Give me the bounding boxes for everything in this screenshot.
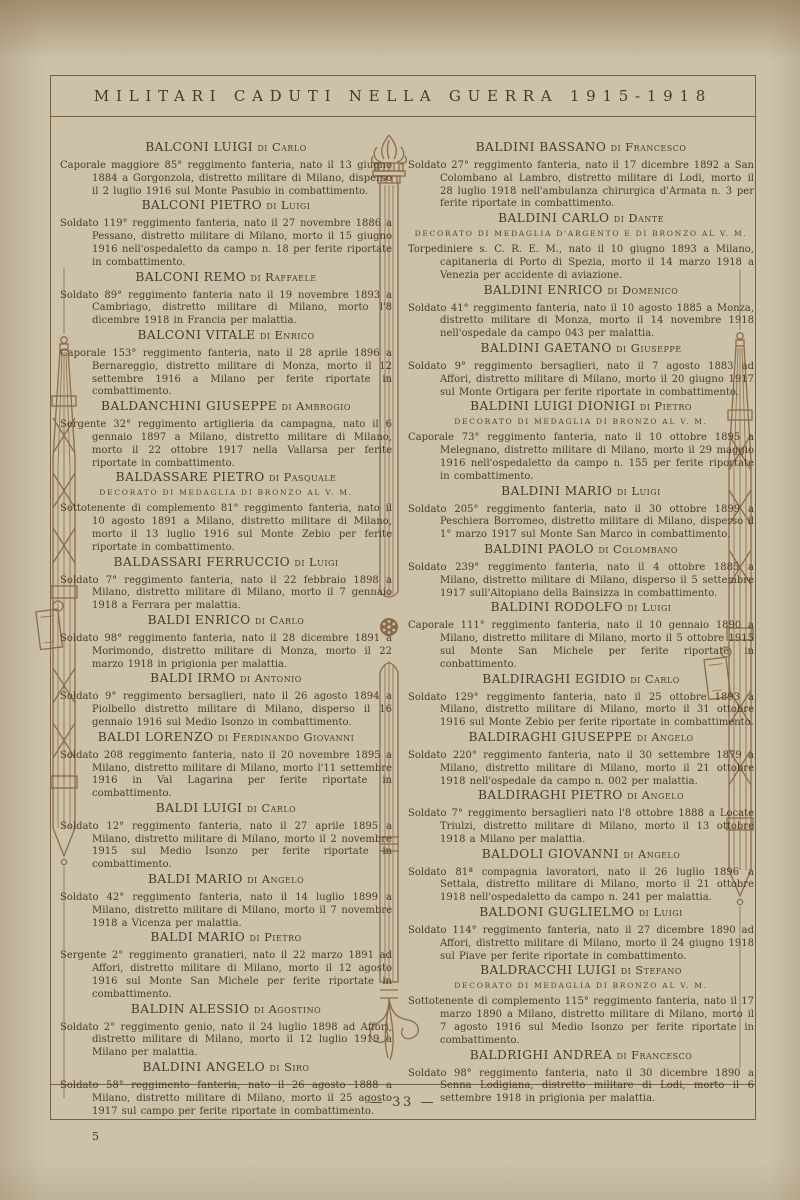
soldier-entry: BALCONI VITALE di Enrico Caporale 153° r…	[60, 328, 392, 399]
soldier-entry: BALDI MARIO di Pietro Sergente 2° reggim…	[60, 930, 392, 1001]
soldier-patronymic: di Dante	[614, 211, 664, 225]
soldier-name: BALDIRAGHI EGIDIO di Carlo	[408, 672, 754, 686]
soldier-surname-firstname: BALDRACCHI LUIGI	[480, 963, 616, 977]
column-left: BALCONI LUIGI di Carlo Caporale maggiore…	[60, 140, 392, 1078]
soldier-name: BALDI ENRICO di Carlo	[60, 613, 392, 627]
soldier-entry: BALDIRAGHI EGIDIO di Carlo Soldato 129° …	[408, 672, 754, 730]
soldier-surname-firstname: BALDOLI GIOVANNI	[482, 847, 619, 861]
scan-shadow-right	[770, 0, 800, 1200]
soldier-entry: BALDIRAGHI PIETRO di Angelo Soldato 7° r…	[408, 788, 754, 846]
soldier-record: Soldato 58° reggimento fanteria, nato il…	[60, 1080, 392, 1118]
soldier-name: BALDIN ALESSIO di Agostino	[60, 1002, 392, 1016]
soldier-record: Soldato 239° reggimento fanteria, nato i…	[408, 562, 754, 600]
soldier-entry: BALDRIGHI ANDREA di Francesco Soldato 98…	[408, 1048, 754, 1106]
soldier-entry: BALDINI ENRICO di Domenico Soldato 41° r…	[408, 283, 754, 341]
soldier-entry: BALDINI BASSANO di Francesco Soldato 27°…	[408, 140, 754, 211]
soldier-name: BALDINI RODOLFO di Luigi	[408, 600, 754, 614]
soldier-name: BALDINI CARLO di Dante	[408, 211, 754, 225]
soldier-patronymic: di Pietro	[250, 930, 302, 944]
soldier-name: BALDIRAGHI GIUSEPPE di Angelo	[408, 730, 754, 744]
soldier-record: Soldato 27° reggimento fanteria, nato il…	[408, 160, 754, 211]
soldier-record: Soldato 9° reggimento bersaglieri, nato …	[408, 361, 754, 399]
soldier-record: Soldato 98° reggimento fanteria, nato il…	[408, 1068, 754, 1106]
soldier-patronymic: di Antonio	[240, 671, 302, 685]
soldier-record: Soldato 220° reggimento fanteria, nato i…	[408, 750, 754, 788]
soldier-record: Caporale 153° reggimento fanteria, nato …	[60, 348, 392, 399]
soldier-record: Caporale 111° reggimento fanteria, nato …	[408, 620, 754, 671]
soldier-entry: BALDINI PAOLO di Colombano Soldato 239° …	[408, 542, 754, 600]
soldier-name: BALDI IRMO di Antonio	[60, 671, 392, 685]
soldier-entry: BALDI ENRICO di Carlo Soldato 98° reggim…	[60, 613, 392, 671]
soldier-name: BALDINI MARIO di Luigi	[408, 484, 754, 498]
soldier-name: BALDINI ANGELO di Siro	[60, 1060, 392, 1074]
soldier-record: Soldato 2° reggimento genio, nato il 24 …	[60, 1022, 392, 1060]
soldier-surname-firstname: BALDINI GAETANO	[480, 341, 611, 355]
soldier-name: BALDRIGHI ANDREA di Francesco	[408, 1048, 754, 1062]
soldier-entry: BALDINI LUIGI DIONIGI di Pietro DECORATO…	[408, 399, 754, 483]
soldier-patronymic: di Angelo	[623, 847, 680, 861]
soldier-surname-firstname: BALDI MARIO	[148, 872, 243, 886]
soldier-patronymic: di Francesco	[611, 140, 687, 154]
soldier-surname-firstname: BALDIRAGHI EGIDIO	[482, 672, 626, 686]
soldier-record: Soldato 41° reggimento fanteria, nato il…	[408, 303, 754, 341]
soldier-record: Soldato 7° reggimento fanteria, nato il …	[60, 575, 392, 613]
soldier-entry: BALDIN ALESSIO di Agostino Soldato 2° re…	[60, 1002, 392, 1060]
soldier-surname-firstname: BALDI LUIGI	[156, 801, 243, 815]
soldier-record: Soldato 81ª compagnia lavoratori, nato i…	[408, 867, 754, 905]
soldier-patronymic: di Angelo	[627, 788, 684, 802]
soldier-entry: BALDASSARI FERRUCCIO di Luigi Soldato 7°…	[60, 555, 392, 613]
soldier-name: BALDASSARI FERRUCCIO di Luigi	[60, 555, 392, 569]
soldier-record: Soldato 42° reggimento fanteria, nato il…	[60, 892, 392, 930]
soldier-patronymic: di Ambrogio	[282, 399, 351, 413]
soldier-patronymic: di Ferdinando Giovanni	[218, 730, 354, 744]
soldier-record: Sergente 32° reggimento artiglieria da c…	[60, 419, 392, 470]
soldier-surname-firstname: BALDI IRMO	[150, 671, 236, 685]
soldier-entry: BALDINI CARLO di Dante DECORATO DI MEDAG…	[408, 211, 754, 282]
soldier-record: Torpediniere s. C. R. E. M., nato il 10 …	[408, 244, 754, 282]
soldier-patronymic: di Domenico	[607, 283, 678, 297]
soldier-patronymic: di Carlo	[255, 613, 304, 627]
soldier-record: Sottotenente di complemento 115° reggime…	[408, 996, 754, 1047]
soldier-name: BALDI LORENZO di Ferdinando Giovanni	[60, 730, 392, 744]
soldier-surname-firstname: BALDINI ENRICO	[484, 283, 603, 297]
soldier-name: BALCONI REMO di Raffaele	[60, 270, 392, 284]
soldier-patronymic: di Enrico	[260, 328, 315, 342]
soldier-entry: BALCONI PIETRO di Luigi Soldato 119° reg…	[60, 198, 392, 269]
soldier-name: BALDRACCHI LUIGI di Stefano	[408, 963, 754, 977]
soldier-patronymic: di Luigi	[266, 198, 310, 212]
soldier-patronymic: di Francesco	[616, 1048, 692, 1062]
soldier-record: Soldato 89° reggimento fanteria nato il …	[60, 290, 392, 328]
soldier-name: BALDINI PAOLO di Colombano	[408, 542, 754, 556]
scan-shadow-bottom	[0, 1160, 800, 1200]
soldier-record: Soldato 205° reggimento fanteria, nato i…	[408, 504, 754, 542]
soldier-record: Soldato 7° reggimento bersaglieri nato l…	[408, 808, 754, 846]
soldier-surname-firstname: BALDINI RODOLFO	[491, 600, 623, 614]
soldier-patronymic: di Luigi	[617, 484, 661, 498]
soldier-entry: BALDINI GAETANO di Giuseppe Soldato 9° r…	[408, 341, 754, 399]
soldier-surname-firstname: BALDI LORENZO	[98, 730, 214, 744]
soldier-record: Soldato 12° reggimento fanteria, nato il…	[60, 821, 392, 872]
soldier-patronymic: di Luigi	[294, 555, 338, 569]
soldier-record: Caporale 73° reggimento fanteria, nato i…	[408, 432, 754, 483]
soldier-entry: BALCONI LUIGI di Carlo Caporale maggiore…	[60, 140, 392, 198]
soldier-patronymic: di Pietro	[640, 399, 692, 413]
soldier-surname-firstname: BALDRIGHI ANDREA	[470, 1048, 612, 1062]
soldier-patronymic: di Raffaele	[251, 270, 317, 284]
soldier-name: BALDINI GAETANO di Giuseppe	[408, 341, 754, 355]
soldier-name: BALDOLI GIOVANNI di Angelo	[408, 847, 754, 861]
soldier-surname-firstname: BALDINI BASSANO	[476, 140, 607, 154]
soldier-entry: BALDASSARE PIETRO di Pasquale DECORATO D…	[60, 470, 392, 554]
soldier-patronymic: di Carlo	[247, 801, 296, 815]
soldier-entry: BALDOLI GIOVANNI di Angelo Soldato 81ª c…	[408, 847, 754, 905]
soldier-surname-firstname: BALCONI PIETRO	[142, 198, 262, 212]
decoration-line: DECORATO DI MEDAGLIA D'ARGENTO E DI BRON…	[408, 229, 754, 238]
soldier-name: BALDIRAGHI PIETRO di Angelo	[408, 788, 754, 802]
soldier-patronymic: di Luigi	[639, 905, 683, 919]
soldier-record: Soldato 9° reggimento bersaglieri, nato …	[60, 691, 392, 729]
soldier-name: BALDI MARIO di Pietro	[60, 930, 392, 944]
soldier-surname-firstname: BALDI MARIO	[150, 930, 245, 944]
soldier-surname-firstname: BALDANCHINI GIUSEPPE	[101, 399, 277, 413]
soldier-entry: BALCONI REMO di Raffaele Soldato 89° reg…	[60, 270, 392, 328]
soldier-surname-firstname: BALDIN ALESSIO	[131, 1002, 250, 1016]
soldier-name: BALDONI GUGLIELMO di Luigi	[408, 905, 754, 919]
page-title: MILITARI CADUTI NELLA GUERRA 1915-1918	[94, 87, 712, 105]
soldier-patronymic: di Stefano	[621, 963, 682, 977]
soldier-entry: BALDI MARIO di Angelo Soldato 42° reggim…	[60, 872, 392, 930]
soldier-record: Soldato 208 reggimento fanteria, nato il…	[60, 750, 392, 801]
soldier-surname-firstname: BALDONI GUGLIELMO	[479, 905, 634, 919]
soldier-surname-firstname: BALDINI LUIGI DIONIGI	[470, 399, 635, 413]
soldier-name: BALDINI ENRICO di Domenico	[408, 283, 754, 297]
soldier-surname-firstname: BALDASSARI FERRUCCIO	[114, 555, 291, 569]
soldier-surname-firstname: BALDIRAGHI GIUSEPPE	[468, 730, 632, 744]
soldier-surname-firstname: BALDINI ANGELO	[142, 1060, 265, 1074]
soldier-record: Sergente 2° reggimento granatieri, nato …	[60, 950, 392, 1001]
soldier-patronymic: di Pasquale	[269, 470, 336, 484]
decoration-line: DECORATO DI MEDAGLIA DI BRONZO AL V. M.	[408, 417, 754, 426]
soldier-name: BALCONI PIETRO di Luigi	[60, 198, 392, 212]
soldier-record: Sottotenente di complemento 81° reggimen…	[60, 503, 392, 554]
soldier-patronymic: di Giuseppe	[616, 341, 681, 355]
decoration-line: DECORATO DI MEDAGLIA DI BRONZO AL V. M.	[60, 488, 392, 497]
soldier-name: BALDI MARIO di Angelo	[60, 872, 392, 886]
decoration-line: DECORATO DI MEDAGLIA DI BRONZO AL V. M.	[408, 981, 754, 990]
soldier-patronymic: di Agostino	[254, 1002, 321, 1016]
soldier-name: BALDASSARE PIETRO di Pasquale	[60, 470, 392, 484]
soldier-entry: BALDI LORENZO di Ferdinando Giovanni Sol…	[60, 730, 392, 801]
page-header: MILITARI CADUTI NELLA GUERRA 1915-1918	[51, 76, 755, 117]
scanned-page: MILITARI CADUTI NELLA GUERRA 1915-1918 —…	[0, 0, 800, 1200]
soldier-patronymic: di Carlo	[257, 140, 306, 154]
soldier-patronymic: di Angelo	[637, 730, 694, 744]
soldier-entry: BALDI LUIGI di Carlo Soldato 12° reggime…	[60, 801, 392, 872]
soldier-name: BALDANCHINI GIUSEPPE di Ambrogio	[60, 399, 392, 413]
soldier-surname-firstname: BALDINI MARIO	[501, 484, 612, 498]
sheet-number: 5	[92, 1130, 99, 1143]
soldier-surname-firstname: BALDI ENRICO	[148, 613, 251, 627]
soldier-entry: BALDINI MARIO di Luigi Soldato 205° regg…	[408, 484, 754, 542]
soldier-name: BALDINI BASSANO di Francesco	[408, 140, 754, 154]
soldier-entry: BALDINI ANGELO di Siro Soldato 58° reggi…	[60, 1060, 392, 1118]
soldier-record: Soldato 119° reggimento fanteria, nato i…	[60, 218, 392, 269]
soldier-record: Caporale maggiore 85° reggimento fanteri…	[60, 160, 392, 198]
soldier-surname-firstname: BALDASSARE PIETRO	[116, 470, 265, 484]
scan-shadow-top	[0, 0, 800, 60]
soldier-patronymic: di Colombano	[598, 542, 678, 556]
soldier-entry: BALDANCHINI GIUSEPPE di Ambrogio Sergent…	[60, 399, 392, 470]
soldier-record: Soldato 114° reggimento fanteria, nato i…	[408, 925, 754, 963]
soldier-surname-firstname: BALDINI CARLO	[498, 211, 609, 225]
soldier-patronymic: di Luigi	[627, 600, 671, 614]
soldier-patronymic: di Carlo	[630, 672, 679, 686]
soldier-surname-firstname: BALDINI PAOLO	[484, 542, 594, 556]
soldier-name: BALDI LUIGI di Carlo	[60, 801, 392, 815]
soldier-name: BALCONI LUIGI di Carlo	[60, 140, 392, 154]
soldier-surname-firstname: BALDIRAGHI PIETRO	[478, 788, 623, 802]
soldier-surname-firstname: BALCONI LUIGI	[145, 140, 253, 154]
soldier-surname-firstname: BALCONI REMO	[135, 270, 246, 284]
soldier-entry: BALDONI GUGLIELMO di Luigi Soldato 114° …	[408, 905, 754, 963]
soldier-record: Soldato 98° reggimento fanteria, nato il…	[60, 633, 392, 671]
soldier-patronymic: di Siro	[269, 1060, 309, 1074]
soldier-name: BALDINI LUIGI DIONIGI di Pietro	[408, 399, 754, 413]
soldier-entry: BALDINI RODOLFO di Luigi Caporale 111° r…	[408, 600, 754, 671]
column-right: BALDINI BASSANO di Francesco Soldato 27°…	[408, 140, 754, 1078]
soldier-entry: BALDRACCHI LUIGI di Stefano DECORATO DI …	[408, 963, 754, 1047]
soldier-name: BALCONI VITALE di Enrico	[60, 328, 392, 342]
soldier-patronymic: di Angelo	[247, 872, 304, 886]
soldier-surname-firstname: BALCONI VITALE	[137, 328, 255, 342]
soldier-record: Soldato 129° reggimento fanteria, nato i…	[408, 692, 754, 730]
soldier-entry: BALDI IRMO di Antonio Soldato 9° reggime…	[60, 671, 392, 729]
soldier-entry: BALDIRAGHI GIUSEPPE di Angelo Soldato 22…	[408, 730, 754, 788]
